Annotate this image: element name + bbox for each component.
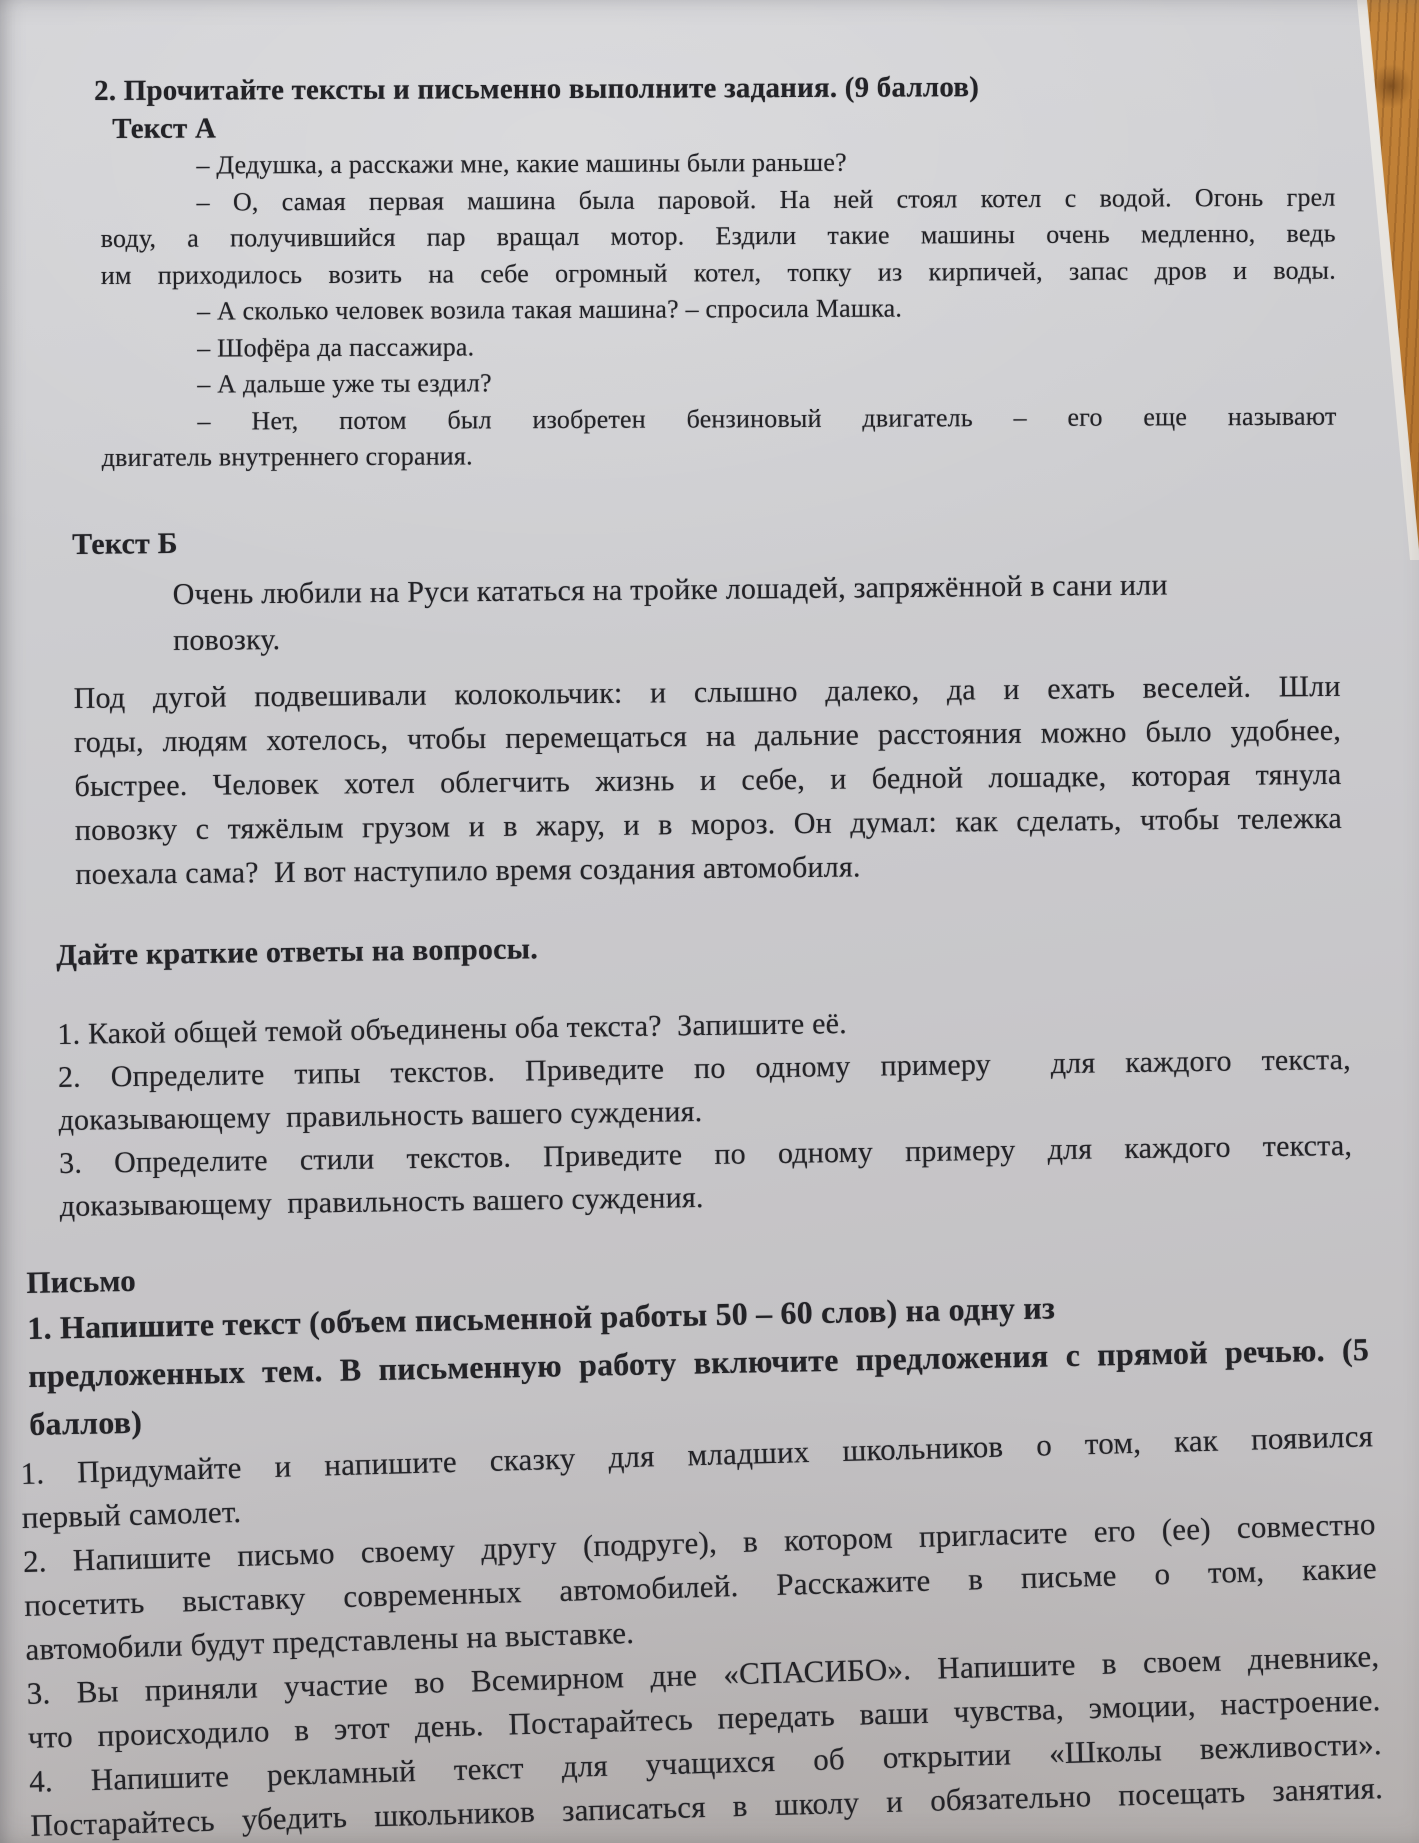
text-a-label: Текст А (112, 105, 1335, 148)
questions-section: Дайте краткие ответы на вопросы. 1. Како… (56, 918, 1353, 1227)
text-a-line: – А дальше уже ты ездил? (101, 362, 1336, 404)
assignment-header: 2. Прочитайте тексты и письменно выполни… (94, 67, 1335, 110)
text-a-line: воду, а получившийся пар вращал мотор. Е… (101, 216, 1336, 258)
text-a-line: им приходилось возить на себе огромный к… (101, 252, 1336, 294)
text-a-line: двигатель внутреннего сгорания. (102, 435, 1337, 477)
reading-section: 2. Прочитайте тексты и письменно выполни… (100, 67, 1337, 477)
worksheet-page: 2. Прочитайте тексты и письменно выполни… (0, 0, 1419, 1843)
text-a-line: – Шофёра да пассажира. (101, 325, 1336, 367)
text-b-intro: Очень любили на Руси кататься на тройке … (172, 560, 1340, 663)
text-b-section: Текст Б Очень любили на Руси кататься на… (72, 512, 1343, 896)
text-a-line: – Дедушка, а расскажи мне, какие машины … (100, 143, 1335, 185)
writing-section: Письмо 1. Напишите текст (объем письменн… (26, 1235, 1370, 1448)
text-a-line: – Нет, потом был изобретен бензиновый дв… (101, 398, 1336, 440)
text-a-line: – О, самая первая машина была паровой. Н… (100, 179, 1335, 221)
text-a-line: – А сколько человек возила такая машина?… (101, 289, 1336, 331)
writing-topics-section: 1. Придумайте и напишите сказку для млад… (20, 1414, 1384, 1843)
questions-header: Дайте краткие ответы на вопросы. (56, 918, 1349, 974)
text-b-body: Под дугой подвешивали колокольчик: и слы… (73, 664, 1342, 896)
worksheet-photo: 2. Прочитайте тексты и письменно выполни… (0, 0, 1419, 1843)
text-b-label: Текст Б (72, 512, 1339, 564)
